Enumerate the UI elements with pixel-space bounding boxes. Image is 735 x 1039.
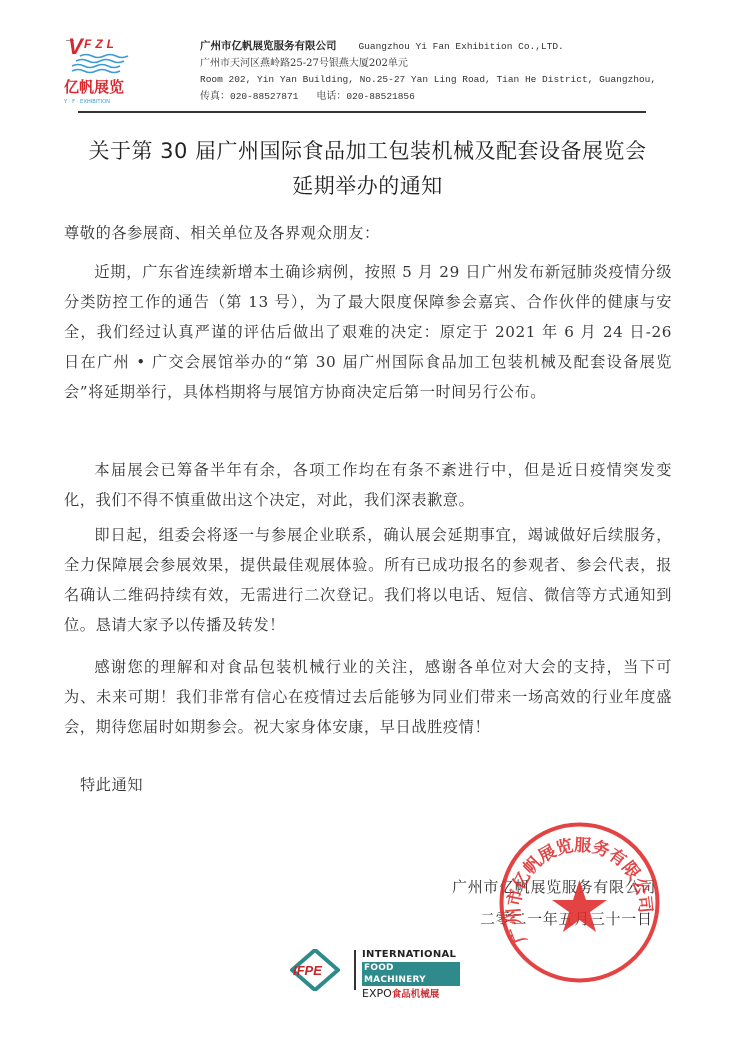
- phone-number: 020-88521856: [346, 91, 414, 102]
- ifpe-line1: INTERNATIONAL: [362, 948, 460, 961]
- fax-label: 传真：: [200, 91, 230, 102]
- header-divider: [78, 111, 646, 113]
- svg-text:Y · F · EXHIBITION: Y · F · EXHIBITION: [63, 99, 110, 105]
- ifpe-expo-logo: IFPE INTERNATIONAL FOOD MACHINERY EXPO食品…: [290, 945, 460, 995]
- company-name-cn: 广州市亿帆展览服务有限公司: [200, 40, 337, 52]
- paragraph-4: 感谢您的理解和对食品包装机械行业的关注，感谢各单位对大会的支持，当下可为、未来可…: [64, 652, 672, 742]
- salutation: 尊敬的各参展商、相关单位及各界观众朋友：: [64, 218, 672, 248]
- document-title-line2: 延期举办的通知: [0, 170, 735, 200]
- document-title: 关于第 30 届广州国际食品加工包装机械及配套设备展览会: [0, 135, 735, 165]
- closing-remark: 特此通知: [80, 770, 688, 800]
- ifpe-line3-cn: 食品机械展: [392, 989, 440, 1000]
- address-en: Room 202, Yin Yan Building, No.25-27 Yan…: [200, 72, 656, 89]
- ifpe-line3: EXPO食品机械展: [362, 986, 460, 1002]
- yfzl-logo: V FZL 亿帆展览 Y · F · EXHIBITION: [62, 34, 132, 106]
- company-seal-stamp: 广州市亿帆展览服务有限公司: [497, 820, 662, 985]
- ifpe-diamond-icon: IFPE: [290, 949, 340, 991]
- paragraph-1: 近期，广东省连续新增本土确诊病例，按照 5 月 29 日广州发布新冠肺炎疫情分级…: [64, 257, 672, 407]
- company-name-en: Guangzhou Yi Fan Exhibition Co.,LTD.: [359, 41, 564, 52]
- ifpe-line2: FOOD MACHINERY: [362, 962, 460, 986]
- address-cn: 广州市天河区燕岭路25-27号银燕大厦202单元: [200, 56, 656, 73]
- paragraph-2: 本届展会已筹备半年有余，各项工作均在有条不紊进行中，但是近日疫情突发变化，我们不…: [64, 455, 672, 515]
- phone-label: 电话：: [316, 91, 346, 102]
- paragraph-3: 即日起，组委会将逐一与参展企业联系，确认展会延期事宜，竭诚做好后续服务，全力保障…: [64, 520, 672, 640]
- svg-text:IFPE: IFPE: [293, 963, 322, 978]
- ifpe-wordmark: INTERNATIONAL FOOD MACHINERY EXPO食品机械展: [362, 948, 460, 1002]
- ifpe-divider: [354, 950, 356, 990]
- fax-number: 020-88527871: [230, 91, 298, 102]
- svg-text:亿帆展览: 亿帆展览: [64, 78, 124, 96]
- svg-text:FZL: FZL: [84, 37, 118, 51]
- letterhead: V FZL 亿帆展览 Y · F · EXHIBITION 广州市亿帆展览服务有…: [0, 0, 735, 120]
- company-info: 广州市亿帆展览服务有限公司Guangzhou Yi Fan Exhibition…: [200, 38, 656, 105]
